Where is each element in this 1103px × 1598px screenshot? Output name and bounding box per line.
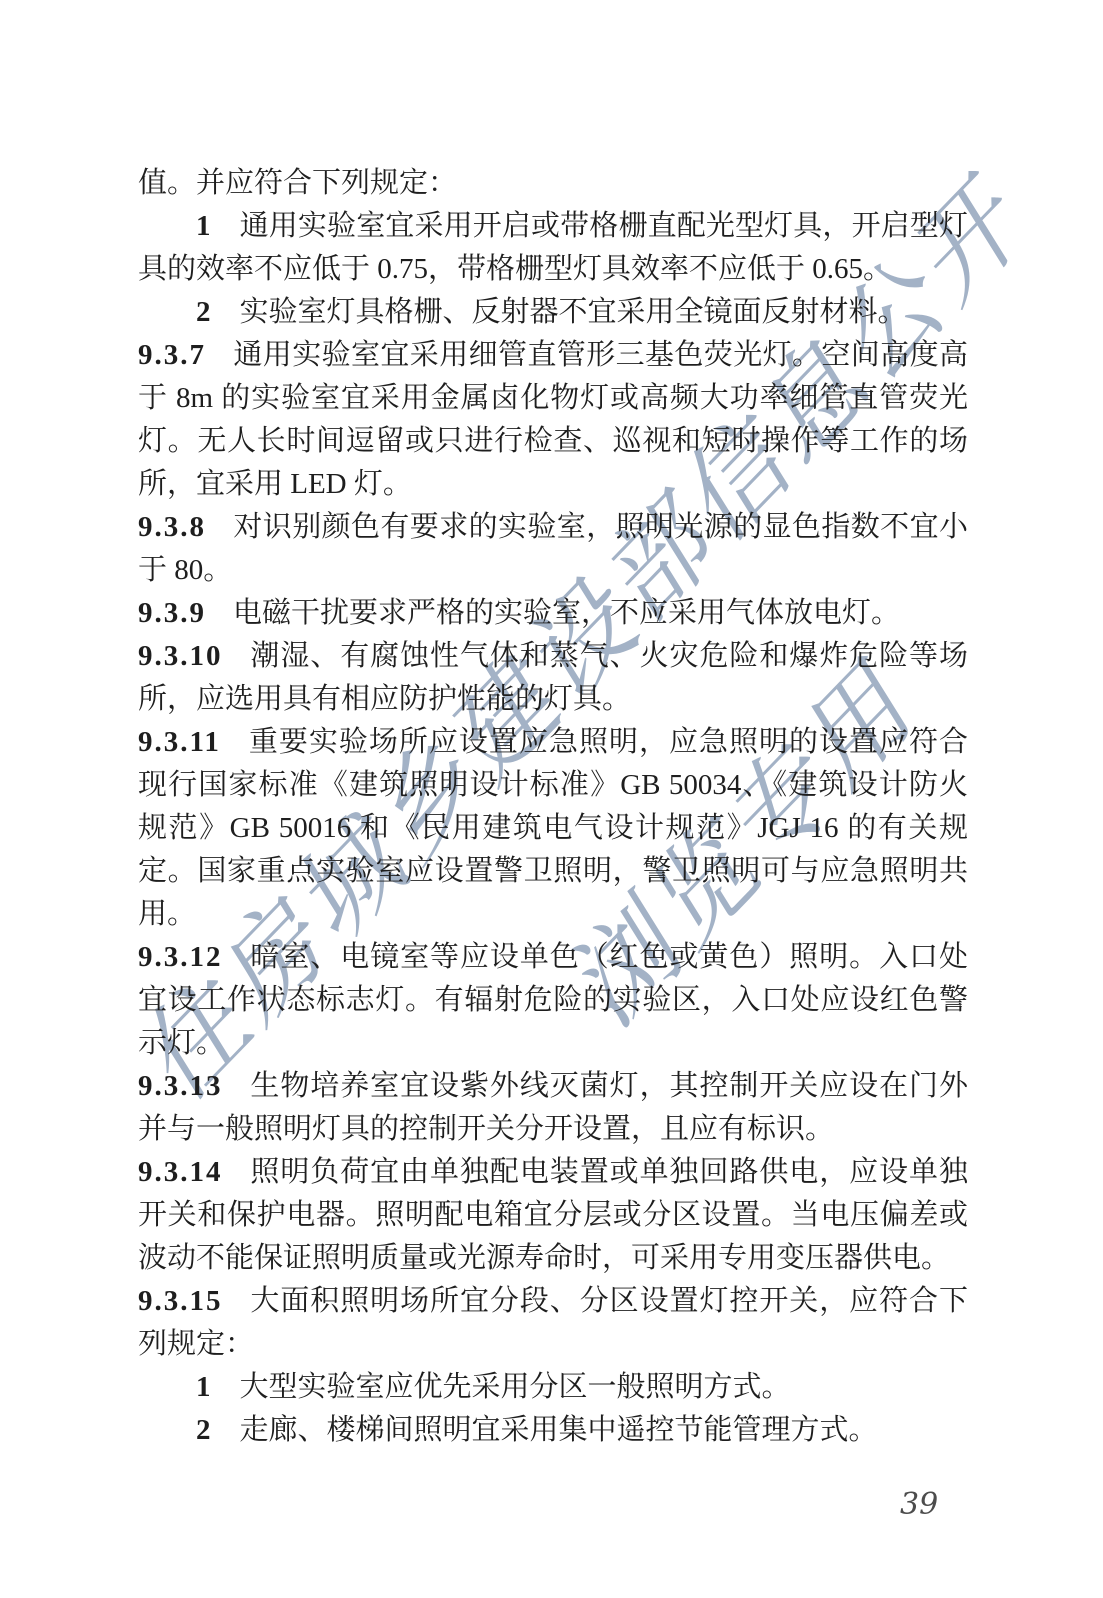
clause-number: 9.3.8 bbox=[138, 511, 206, 543]
clause-number: 9.3.13 bbox=[138, 1070, 223, 1102]
list-item-text: 通用实验室宜采用开启或带格栅直配光型灯具，开启型灯具的效率不应低于 0.75，带… bbox=[138, 210, 968, 285]
list-item-text: 走廊、楼梯间照明宜采用集中遥控节能管理方式。 bbox=[240, 1414, 878, 1446]
clause-text: 对识别颜色有要求的实验室，照明光源的显色指数不宜小于 80。 bbox=[138, 511, 968, 586]
clause-number: 9.3.9 bbox=[138, 597, 206, 629]
page-number: 39 bbox=[900, 1487, 938, 1522]
clause-text: 暗室、电镜室等应设单色（红色或黄色）照明。入口处宜设工作状态标志灯。有辐射危险的… bbox=[138, 941, 968, 1059]
clause-text: 生物培养室宜设紫外线灭菌灯，其控制开关应设在门外并与一般照明灯具的控制开关分开设… bbox=[138, 1070, 968, 1145]
list-item-2: 2实验室灯具格栅、反射器不宜采用全镜面反射材料。 bbox=[138, 291, 968, 334]
clause-number: 9.3.7 bbox=[138, 339, 206, 371]
list-item-number: 1 bbox=[196, 1371, 213, 1403]
clause-9-3-8: 9.3.8对识别颜色有要求的实验室，照明光源的显色指数不宜小于 80。 bbox=[138, 506, 968, 592]
document-page: 住房城乡建设部信息公开 浏览专用 值。并应符合下列规定： 1通用实验室宜采用开启… bbox=[0, 0, 1103, 1598]
list-item-1b: 1大型实验室应优先采用分区一般照明方式。 bbox=[138, 1366, 968, 1409]
clause-9-3-12: 9.3.12暗室、电镜室等应设单色（红色或黄色）照明。入口处宜设工作状态标志灯。… bbox=[138, 936, 968, 1065]
clause-9-3-9: 9.3.9电磁干扰要求严格的实验室，不应采用气体放电灯。 bbox=[138, 592, 968, 635]
paragraph-text: 值。并应符合下列规定： bbox=[138, 167, 457, 199]
list-item-text: 大型实验室应优先采用分区一般照明方式。 bbox=[240, 1371, 791, 1403]
clause-9-3-13: 9.3.13生物培养室宜设紫外线灭菌灯，其控制开关应设在门外并与一般照明灯具的控… bbox=[138, 1065, 968, 1151]
clause-9-3-7: 9.3.7通用实验室宜采用细管直管形三基色荧光灯。空间高度高于 8m 的实验室宜… bbox=[138, 334, 968, 506]
list-item-1: 1通用实验室宜采用开启或带格栅直配光型灯具，开启型灯具的效率不应低于 0.75，… bbox=[138, 205, 968, 291]
list-item-number: 2 bbox=[196, 1414, 213, 1446]
clause-9-3-11: 9.3.11重要实验场所应设置应急照明，应急照明的设置应符合现行国家标准《建筑照… bbox=[138, 721, 968, 936]
list-item-2b: 2走廊、楼梯间照明宜采用集中遥控节能管理方式。 bbox=[138, 1409, 968, 1452]
clause-number: 9.3.14 bbox=[138, 1156, 223, 1188]
clause-9-3-14: 9.3.14照明负荷宜由单独配电装置或单独回路供电，应设单独开关和保护电器。照明… bbox=[138, 1151, 968, 1280]
clause-9-3-10: 9.3.10潮湿、有腐蚀性气体和蒸气、火灾危险和爆炸危险等场所，应选用具有相应防… bbox=[138, 635, 968, 721]
clause-text: 潮湿、有腐蚀性气体和蒸气、火灾危险和爆炸危险等场所，应选用具有相应防护性能的灯具… bbox=[138, 640, 968, 715]
clause-text: 通用实验室宜采用细管直管形三基色荧光灯。空间高度高于 8m 的实验室宜采用金属卤… bbox=[138, 339, 968, 500]
clause-text: 大面积照明场所宜分段、分区设置灯控开关，应符合下列规定： bbox=[138, 1285, 968, 1360]
clause-number: 9.3.12 bbox=[138, 941, 223, 973]
body-text-block: 值。并应符合下列规定： 1通用实验室宜采用开启或带格栅直配光型灯具，开启型灯具的… bbox=[138, 162, 968, 1452]
clause-number: 9.3.15 bbox=[138, 1285, 223, 1317]
clause-9-3-15: 9.3.15大面积照明场所宜分段、分区设置灯控开关，应符合下列规定： bbox=[138, 1280, 968, 1366]
clause-number: 9.3.11 bbox=[138, 726, 221, 758]
paragraph-continuation: 值。并应符合下列规定： bbox=[138, 162, 968, 205]
list-item-text: 实验室灯具格栅、反射器不宜采用全镜面反射材料。 bbox=[240, 296, 907, 328]
clause-number: 9.3.10 bbox=[138, 640, 223, 672]
list-item-number: 2 bbox=[196, 296, 213, 328]
list-item-number: 1 bbox=[196, 210, 213, 242]
clause-text: 重要实验场所应设置应急照明，应急照明的设置应符合现行国家标准《建筑照明设计标准》… bbox=[138, 726, 968, 930]
clause-text: 电磁干扰要求严格的实验室，不应采用气体放电灯。 bbox=[233, 597, 900, 629]
clause-text: 照明负荷宜由单独配电装置或单独回路供电，应设单独开关和保护电器。照明配电箱宜分层… bbox=[138, 1156, 968, 1274]
